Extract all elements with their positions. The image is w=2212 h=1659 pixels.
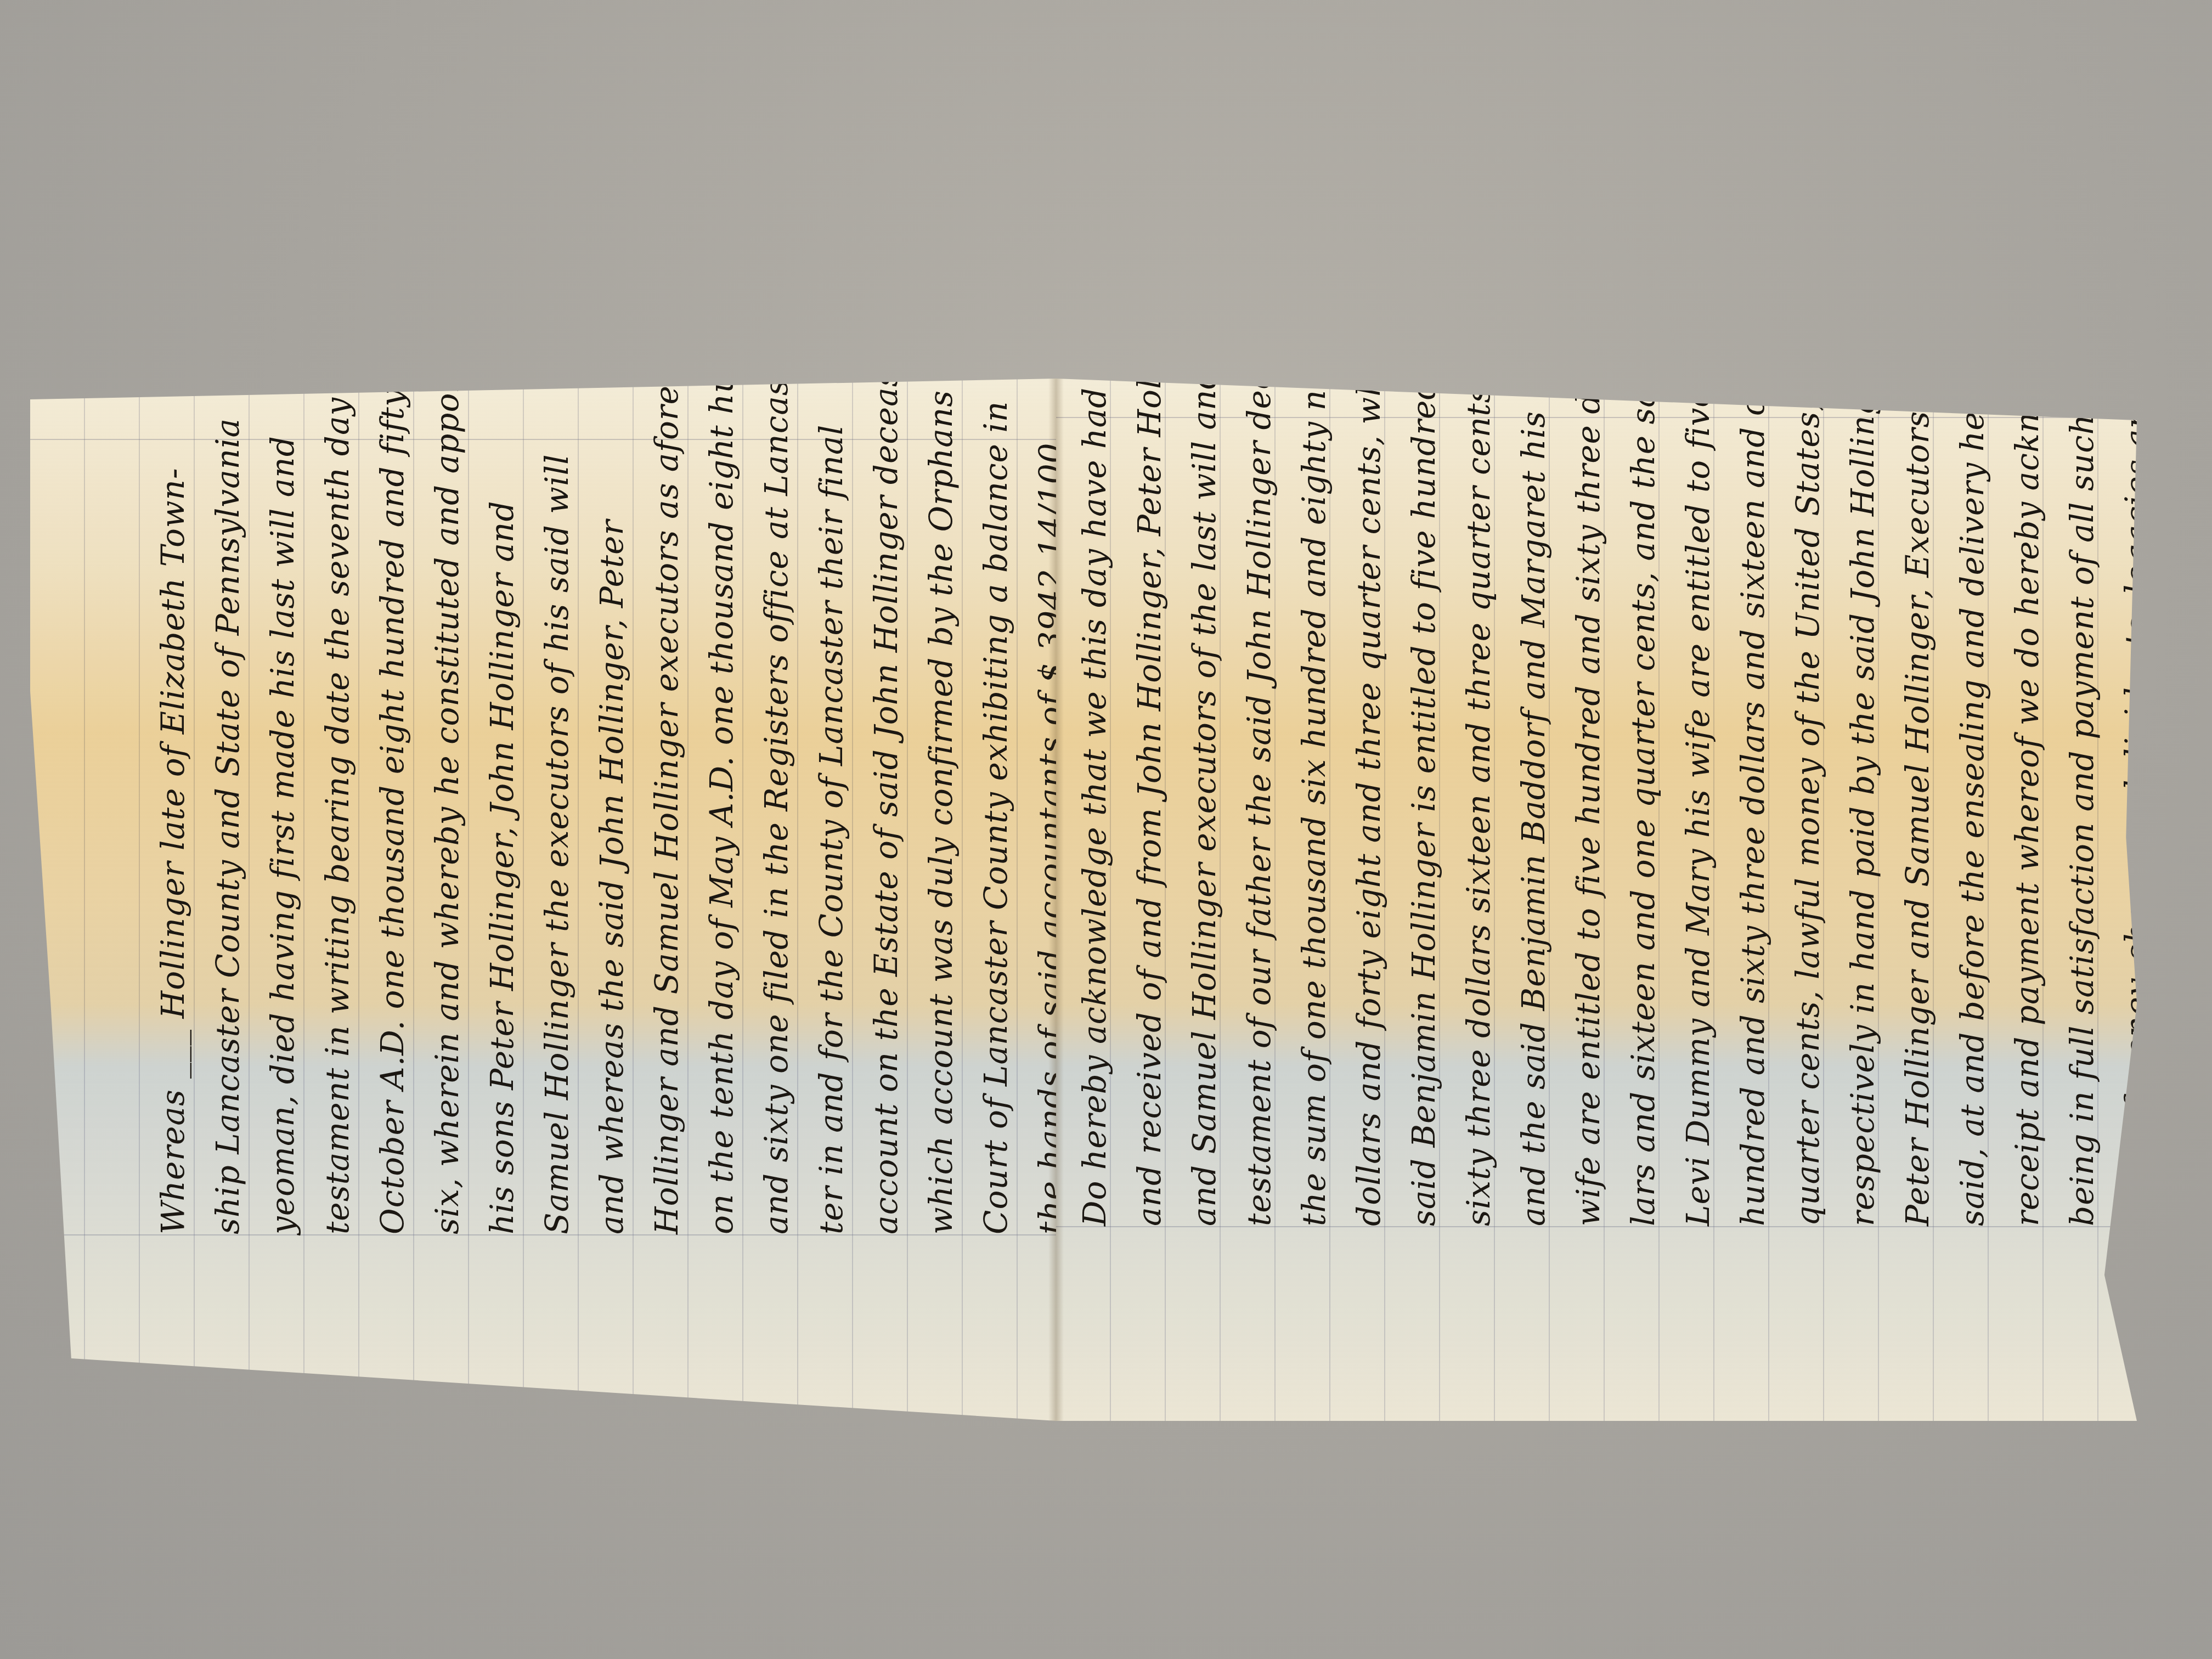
handwritten-line: yeoman, died having first made his last … (255, 439, 310, 1234)
handwritten-line: hundred and sixty three dollars and sixt… (1725, 420, 1780, 1226)
handwritten-line: sums of money, shares and dividents, leg… (2109, 420, 2137, 1226)
document-sheet: Whereas ___ Hollinger late of Elizabeth … (30, 379, 2137, 1421)
center-fold (1048, 379, 1064, 1421)
handwritten-line: the sum of one thousand six hundred and … (1286, 420, 1341, 1226)
handwritten-line: Levi Dummy and Mary his wife are entitle… (1671, 420, 1725, 1226)
handwritten-line: ter in and for the County of Lancaster t… (804, 439, 859, 1234)
right-page-text: Do hereby acknowledge that we this day h… (1067, 420, 2137, 1226)
handwritten-line: testament of our father the said John Ho… (1232, 420, 1286, 1226)
handwritten-line: quarter cents, lawful money of the Unite… (1780, 420, 1835, 1226)
handwritten-line: receipt and payment whereof we do hereby… (2000, 420, 2055, 1226)
handwritten-line: testament in writing bearing date the se… (310, 439, 365, 1234)
left-page: Whereas ___ Hollinger late of Elizabeth … (30, 379, 1056, 1421)
handwritten-line: his sons Peter Hollinger, John Hollinger… (475, 439, 529, 1234)
handwritten-line: on the tenth day of May A.D. one thousan… (694, 439, 749, 1234)
handwritten-line: October A.D. one thousand eight hundred … (365, 439, 420, 1234)
handwritten-line: Do hereby acknowledge that we this day h… (1067, 420, 1122, 1226)
handwritten-line: and received of and from John Hollinger,… (1122, 420, 1177, 1226)
handwritten-line: and the said Benjamin Baddorf and Margar… (1506, 420, 1561, 1226)
handwritten-line: account on the Estate of said John Holli… (859, 439, 913, 1234)
handwritten-line: and sixty one filed in the Registers off… (749, 439, 804, 1234)
handwritten-line: said, at and before the ensealing and de… (1945, 420, 2000, 1226)
handwritten-line: Samuel Hollinger the executors of his sa… (529, 439, 584, 1234)
handwritten-line: sixty three dollars sixteen and three qu… (1451, 420, 1506, 1226)
handwritten-line: Court of Lancaster County exhibiting a b… (968, 439, 1023, 1234)
handwritten-line: lars and sixteen and one quarter cents, … (1616, 420, 1671, 1226)
bottom-margin-rule (30, 1234, 1056, 1235)
handwritten-line: respectively in hand paid by the said Jo… (1835, 420, 1890, 1226)
handwritten-line: six, wherein and whereby he constituted … (420, 439, 475, 1234)
handwritten-line: and Samuel Hollinger executors of the la… (1177, 420, 1232, 1226)
handwritten-line: which account was duly confirmed by the … (913, 439, 968, 1234)
handwritten-line: ship Lancaster County and State of Penns… (200, 439, 255, 1234)
handwritten-line: being in full satisfaction and payment o… (2055, 420, 2109, 1226)
handwritten-line: Hollinger and Samuel Hollinger executors… (639, 439, 694, 1234)
handwritten-line: and whereas the said John Hollinger, Pet… (584, 439, 639, 1234)
right-page: Do hereby acknowledge that we this day h… (1056, 379, 2137, 1421)
left-page-text: Whereas ___ Hollinger late of Elizabeth … (145, 439, 1056, 1234)
handwritten-line: wife are entitled to five hundred and si… (1561, 420, 1616, 1226)
bottom-margin-rule (1056, 1226, 2137, 1227)
handwritten-line: dollars and forty eight and three quarte… (1341, 420, 1396, 1226)
handwritten-line: Peter Hollinger and Samuel Hollinger, Ex… (1890, 420, 1945, 1226)
handwritten-line: said Benjamin Hollinger is entitled to f… (1396, 420, 1451, 1226)
handwritten-line: Whereas ___ Hollinger late of Elizabeth … (145, 439, 200, 1234)
